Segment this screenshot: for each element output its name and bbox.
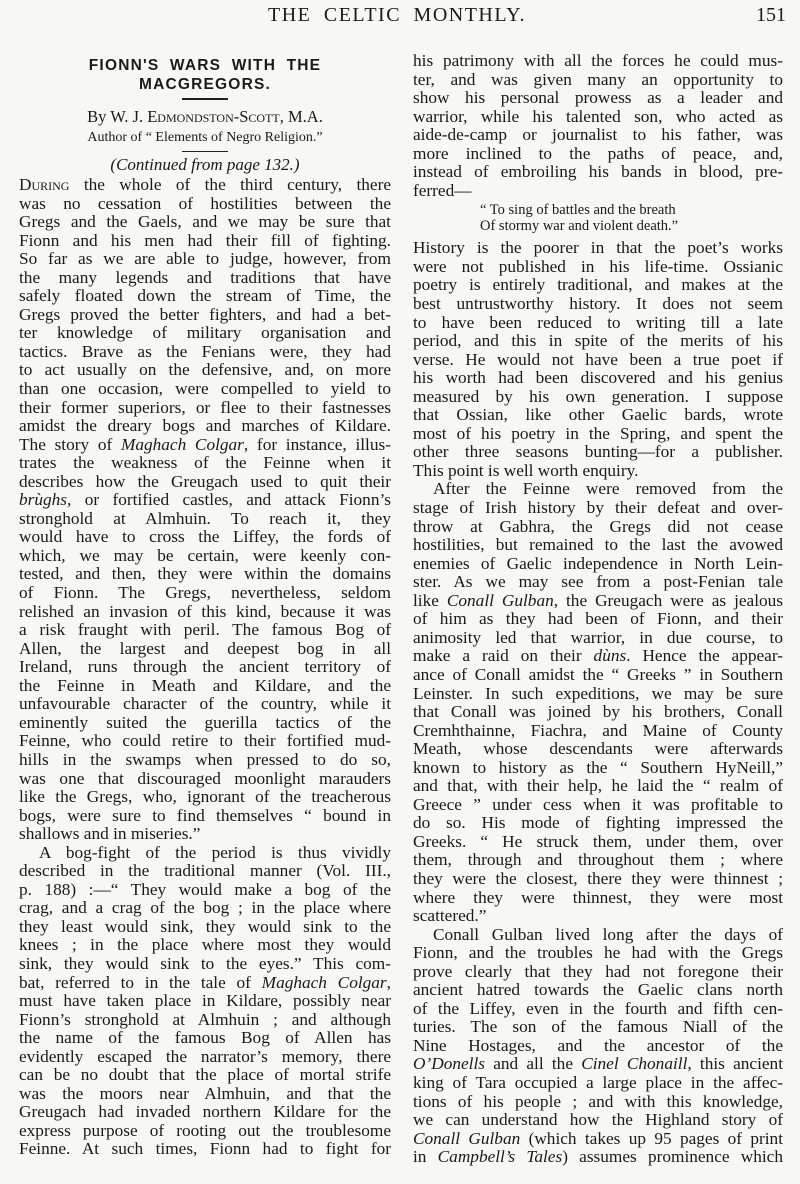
text-line: his patrimony with all the forces he cou… (413, 52, 783, 71)
text-line: Ireland, runs through the ancient territ… (19, 658, 391, 677)
text-line: other three seasons bunting—for a publis… (413, 443, 783, 462)
title-line-1: FIONN'S WARS WITH THE (19, 56, 391, 75)
text-line: described in the traditional manner (Vol… (19, 862, 391, 881)
text-line: unfavourable character of the country, w… (19, 695, 391, 714)
text-line: shallows and in miseries.” (19, 825, 391, 844)
verse-line: “ To sing of battles and the breath (480, 202, 783, 218)
text-line: safely floated down the stream of Time, … (19, 287, 391, 306)
text-line: tested, and then, they were within the d… (19, 565, 391, 584)
text-line: After the Feinne were removed from the (413, 480, 783, 499)
text-line: of Fionn. The Gregs, nevertheless, seldo… (19, 584, 391, 603)
text-line: that Conall was joined by his brothers, … (413, 703, 783, 722)
text-line: throw at Gabhra, the Gregs did not cease (413, 518, 783, 537)
text-line: warrior, while his talented son, who act… (413, 108, 783, 127)
text-line: Fionn, and the troubles he had with the … (413, 944, 783, 963)
text-line: Greece ” under cess when it was profitab… (413, 796, 783, 815)
text-line: we can understand how the Highland story… (413, 1111, 783, 1130)
text-line: animosity led that warrior, in due cours… (413, 629, 783, 648)
text-line: Greeks. “ He struck them, under them, ov… (413, 833, 783, 852)
left-column: FIONN'S WARS WITH THE MACGREGORS. By W. … (19, 52, 391, 1159)
text-line: The story of Maghach Colgar, for instanc… (19, 436, 391, 455)
text-line: turies. The son of the famous Niall of t… (413, 1018, 783, 1037)
text-line: Feinne, who could retire to their fortif… (19, 732, 391, 751)
text-line: stronghold at Almhuin. To reach it, they (19, 510, 391, 529)
text-line: p. 188) :—“ They would make a bog of the (19, 881, 391, 900)
byline-rule (182, 151, 228, 153)
text-line: ancient hatred towards the Gaelic clans … (413, 981, 783, 1000)
text-line: enemies of Gaelic independence in North … (413, 555, 783, 574)
text-line: best untrustworthy history. It does not … (413, 295, 783, 314)
running-header: THE CELTIC MONTHLY. 151 (0, 4, 800, 34)
text-line: History is the poorer in that the poet’s… (413, 239, 783, 258)
text-line: tions of his people ; and with this know… (413, 1093, 783, 1112)
text-line: Greugach had invaded northern Kildare fo… (19, 1103, 391, 1122)
text-line: they were the closest, there they were t… (413, 870, 783, 889)
left-column-text: During the whole of the third century, t… (19, 176, 391, 1159)
right-column-text-a: his patrimony with all the forces he cou… (413, 52, 783, 200)
right-column-text-b: History is the poorer in that the poet’s… (413, 239, 783, 1166)
text-line: they least would sink, they would sink t… (19, 918, 391, 937)
text-line: Nine Hostages, and the ancestor of the (413, 1037, 783, 1056)
text-line: Gregs and the Gaels, and we may be sure … (19, 213, 391, 232)
text-line: and that, with their help, he laid the “… (413, 777, 783, 796)
text-line: Gregs proved the better fighters, and ha… (19, 306, 391, 325)
text-line: was no cessation of hostilities between … (19, 195, 391, 214)
text-line: hostilities, but remained to the last th… (413, 536, 783, 555)
text-line: evidently escaped the narrator’s memory,… (19, 1048, 391, 1067)
byline: By W. J. Edmondston-Scott, M.A. (19, 106, 391, 128)
text-line: was one that discouraged moonlight marau… (19, 770, 391, 789)
text-line: known to history as the “ Southern HyNei… (413, 759, 783, 778)
text-line: trates the weakness of the Feinne when i… (19, 454, 391, 473)
text-line: the many legends and traditions that hav… (19, 269, 391, 288)
text-line: describes how the Greugach used to quit … (19, 473, 391, 492)
text-line: bat, referred to in the tale of Maghach … (19, 974, 391, 993)
text-line: O’Donells and all the Cinel Chonaill, th… (413, 1055, 783, 1074)
text-line: show his personal prowess as a leader an… (413, 89, 783, 108)
text-line: his worth had been discovered and his ge… (413, 369, 783, 388)
text-line: Conall Gulban (which takes up 95 pages o… (413, 1130, 783, 1149)
text-line: make a raid on their dùns. Hence the app… (413, 647, 783, 666)
text-line: instead of embroiling his bands in blood… (413, 163, 783, 182)
text-line: aide-de-camp or journalist to his father… (413, 126, 783, 145)
text-line: the name of the famous Bog of Allen has (19, 1029, 391, 1048)
text-line: ter knowledge of military organisation a… (19, 324, 391, 343)
text-line: their former superiors, or flee to their… (19, 399, 391, 418)
text-line: prove clearly that they had not foregone… (413, 963, 783, 982)
running-title: THE CELTIC MONTHLY. (268, 4, 526, 27)
text-line: express purpose of rooting out the troub… (19, 1122, 391, 1141)
article-title: FIONN'S WARS WITH THE MACGREGORS. (19, 56, 391, 94)
text-line: a risk fraught with peril. The famous Bo… (19, 621, 391, 640)
text-line: like Conall Gulban, the Greugach were as… (413, 592, 783, 611)
text-line: ferred— (413, 182, 783, 201)
text-line: king of Tara occupied a large place in t… (413, 1074, 783, 1093)
text-line: Leinster. In such expeditions, we may be… (413, 685, 783, 704)
author-name: Edmondston-Scott (147, 107, 280, 126)
text-line: Fionn and his men had their fill of figh… (19, 232, 391, 251)
page-number: 151 (756, 4, 786, 27)
text-line: must have taken place in Kildare, possib… (19, 992, 391, 1011)
text-line: them, through and throughout them ; wher… (413, 851, 783, 870)
text-line: During the whole of the third century, t… (19, 176, 391, 195)
text-line: more inclined to the paths of peace, and… (413, 145, 783, 164)
verse-line: Of stormy war and violent death.” (480, 218, 783, 234)
text-line: Conall Gulban lived long after the days … (413, 926, 783, 945)
text-line: scattered.” (413, 907, 783, 926)
text-line: do so. His mode of fighting impressed th… (413, 814, 783, 833)
text-line: to act usually on the defensive, and, on… (19, 361, 391, 380)
text-line: bogs, were sure to find themselves “ bou… (19, 807, 391, 826)
text-line: Feinne. At such times, Fionn had to figh… (19, 1140, 391, 1159)
continued-note: (Continued from page 132.) (19, 154, 391, 176)
title-rule (182, 98, 228, 100)
text-line: knees ; in the place where most they wou… (19, 936, 391, 955)
text-line: measured by his own generation. I suppos… (413, 388, 783, 407)
text-line: would have to cross the Liffey, the ford… (19, 528, 391, 547)
text-line: most of his poetry in the Spring, and sp… (413, 425, 783, 444)
text-line: of him as they had been of Fionn, and th… (413, 610, 783, 629)
text-line: relished an invasion of this kind, becau… (19, 603, 391, 622)
text-line: stage of Irish history by their defeat a… (413, 499, 783, 518)
title-line-2: MACGREGORS. (19, 75, 391, 94)
text-line: This point is well worth enquiry. (413, 462, 783, 481)
text-line: Meath, whose descendants were afterwards (413, 740, 783, 759)
text-line: So far as we are able to judge, however,… (19, 250, 391, 269)
text-line: Cremhthainne, Fiachra, and Maine of Coun… (413, 722, 783, 741)
text-line: brùghs, or fortified castles, and attack… (19, 491, 391, 510)
text-line: of the Liffey, even in the fourth and fi… (413, 1000, 783, 1019)
text-line: the Feinne in Meath and Kildare, and the (19, 677, 391, 696)
text-line: where they were thinnest, they were most (413, 889, 783, 908)
text-line: can be no doubt that the place of mortal… (19, 1066, 391, 1085)
text-line: period, and this in spite of the merits … (413, 332, 783, 351)
text-line: Allen, the largest and deepest bog in al… (19, 640, 391, 659)
text-line: sink, they would sink to the eyes.” This… (19, 955, 391, 974)
text-line: that Ossian, like other Gaelic bards, wr… (413, 406, 783, 425)
text-line: in Campbell’s Tales) assumes prominence … (413, 1148, 783, 1167)
text-line: tactics. Brave as the Fenians were, they… (19, 343, 391, 362)
text-line: like the Gregs, who, ignorant of the tre… (19, 788, 391, 807)
text-line: was the moors near Almhuin, and that the (19, 1085, 391, 1104)
text-line: verse. He would not have been a true poe… (413, 351, 783, 370)
text-line: ance of Conall amidst the “ Greeks ” in … (413, 666, 783, 685)
text-line: which, we may be certain, were keenly co… (19, 547, 391, 566)
text-line: were not published in his life-time. Oss… (413, 258, 783, 277)
text-line: hills in the swamps when pressed to do s… (19, 751, 391, 770)
right-column: his patrimony with all the forces he cou… (413, 52, 783, 1167)
text-line: A bog-fight of the period is thus vividl… (19, 844, 391, 863)
text-line: ter, and was given many an opportunity t… (413, 71, 783, 90)
text-line: crag, and a crag of the bog ; in the pla… (19, 899, 391, 918)
text-line: Fionn’s stronghold at Almhuin ; and alth… (19, 1011, 391, 1030)
text-line: eminently suited the guerilla tactics of… (19, 714, 391, 733)
text-line: amidst the dreary bogs and marches of Ki… (19, 417, 391, 436)
verse-quote: “ To sing of battles and the breathOf st… (413, 202, 783, 234)
text-line: ster. As we may see from a post-Fenian t… (413, 573, 783, 592)
text-line: poetry is entirely traditional, and make… (413, 276, 783, 295)
author-credential: Author of “ Elements of Negro Religion.” (19, 128, 391, 148)
text-line: to have been reduced to writing till a l… (413, 314, 783, 333)
text-line: than one occasion, were compelled to yie… (19, 380, 391, 399)
